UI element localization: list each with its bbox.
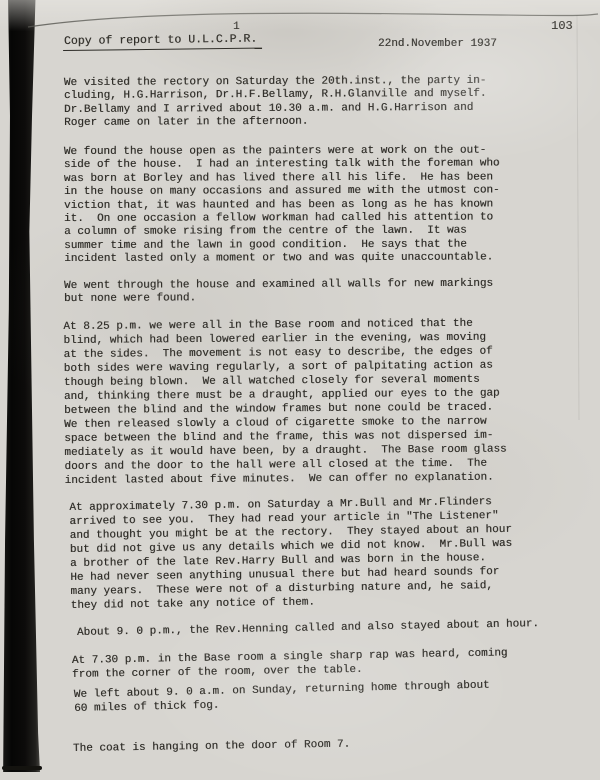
folio-number: 103	[551, 20, 573, 33]
paragraph-visitors: At approximately 7.30 p.m. on Saturday a…	[69, 495, 513, 613]
scanned-report-page: 1 103 Copy of report to U.L.C.P.R. 22nd.…	[0, 0, 600, 780]
report-title: Copy of report to U.L.C.P.R.	[63, 33, 262, 52]
paragraph-blind: At 8.25 p.m. we were all in the Base roo…	[63, 317, 507, 488]
paragraph-foreman: We found the house open as the painters …	[64, 144, 500, 266]
paragraph-walls: We went through the house and examined a…	[64, 278, 493, 307]
report-date: 22nd.November 1937	[378, 38, 497, 51]
paragraph-visit: We visited the rectory on Saturday the 2…	[64, 75, 487, 131]
